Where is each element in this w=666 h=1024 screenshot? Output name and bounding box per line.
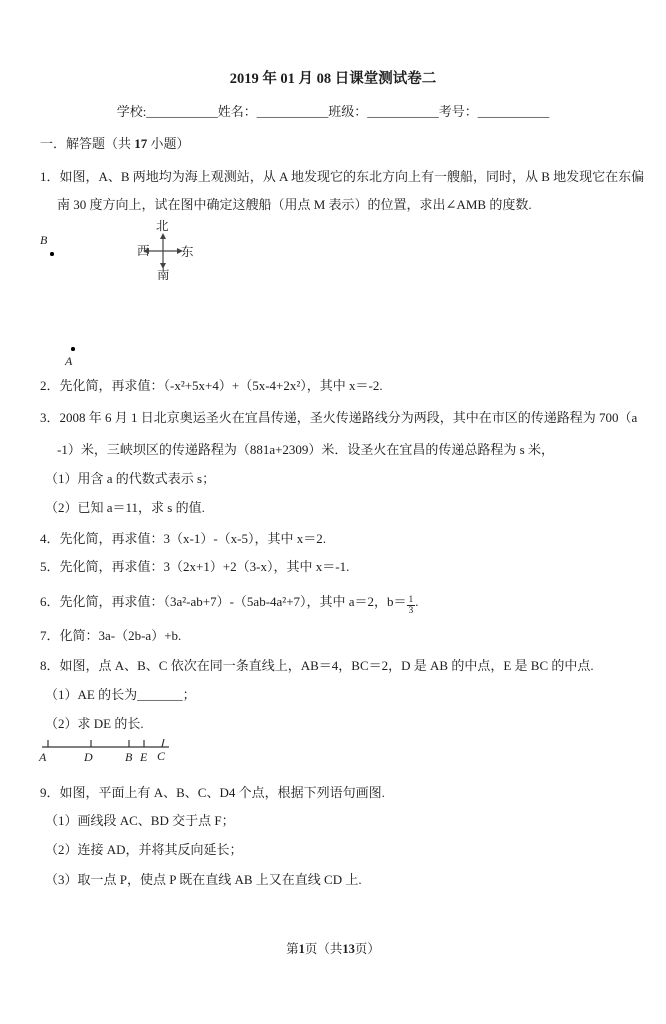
header-fields-line: 学校:___________姓名：___________班级：_________… (0, 104, 666, 120)
segment-label-d: D (84, 751, 93, 763)
fraction-numerator: 1 (407, 596, 416, 607)
compass-south-label: 南 (157, 269, 170, 282)
question-4: 4．先化简，再求值：3（x-1）-（x-5），其中 x＝2. (40, 531, 326, 547)
segment-label-e: E (140, 751, 147, 763)
footer-suffix: 页） (355, 942, 380, 956)
segment-label-a: A (39, 751, 46, 763)
point-a-label: A (65, 355, 72, 367)
section-prefix: 一．解答题（共 (40, 136, 134, 151)
section-question-count: 17 (134, 136, 147, 151)
question-9: 9．如图，平面上有 A、B、C、D4 个点，根据下列语句画图. (40, 785, 385, 801)
question-6-suffix: . (415, 594, 418, 609)
footer-prefix: 第 (286, 942, 299, 956)
question-3-sub-1: （1）用含 a 的代数式表示 s； (45, 471, 215, 487)
point-b-dot (50, 252, 54, 256)
question-6-prefix: 6．先化简，再求值：（3a²-ab+7）-（5ab-4a²+7），其中 a＝2，… (40, 594, 407, 609)
point-a-dot (71, 347, 75, 351)
question-1-line-1: 1．如图，A、B 两地均为海上观测站，从 A 地发现它的东北方向上有一艘船，同时… (40, 169, 644, 185)
question-5: 5．先化简，再求值：3（2x+1）+2（3-x），其中 x＝-1. (40, 559, 349, 575)
compass-cross-arrows-icon (143, 233, 183, 269)
page-title: 2019 年 01 月 08 日课堂测试卷二 (0, 71, 666, 87)
question-8-sub-1: （1）AE 的长为_______； (45, 687, 196, 703)
question-3-sub-2: （2）已知 a＝11，求 s 的值. (45, 500, 205, 516)
footer-mid: 页（共 (305, 942, 343, 956)
test-paper-page: 2019 年 01 月 08 日课堂测试卷二 学校:___________姓名：… (0, 0, 666, 1024)
section-heading: 一．解答题（共 17 小题） (40, 136, 190, 152)
question-7: 7．化简：3a-（2b-a）+b. (40, 628, 181, 644)
fraction-one-third: 13 (407, 596, 416, 617)
fraction-denominator: 3 (407, 606, 416, 617)
segment-diagram: A D B E C (38, 736, 178, 764)
question-3-line-1: 3．2008 年 6 月 1 日北京奥运圣火在宜昌传递，圣火传递路线分为两段，其… (40, 410, 637, 426)
question-1-line-2: 南 30 度方向上，试在图中确定这艘船（用点 M 表示）的位置，求出∠AMB 的… (57, 197, 532, 213)
footer-total-pages: 13 (342, 942, 355, 956)
segment-label-b: B (125, 751, 132, 763)
question-2: 2．先化简，再求值：（-x²+5x+4）+（5x-4+2x²），其中 x＝-2. (40, 378, 383, 394)
point-b-label: B (40, 234, 47, 246)
segment-line-icon (38, 736, 174, 750)
compass-diagram: 北 西 东 南 (126, 218, 201, 284)
compass-north-label: 北 (156, 220, 169, 233)
question-8-sub-2: （2）求 DE 的长. (45, 716, 144, 732)
question-3-line-2: -1）米，三峡坝区的传递路程为（881a+2309）米．设圣火在宜昌的传递总路程… (57, 442, 554, 458)
page-footer: 第1页（共13页） (0, 941, 666, 957)
section-suffix: 小题） (147, 136, 189, 151)
question-9-sub-1: （1）画线段 AC、BD 交于点 F； (45, 813, 235, 829)
question-9-sub-3: （3）取一点 P，使点 P 既在直线 AB 上又在直线 CD 上. (45, 872, 362, 888)
question-8: 8．如图，点 A、B、C 依次在同一条直线上，AB＝4，BC＝2，D 是 AB … (40, 658, 594, 674)
segment-label-c: C (157, 750, 165, 762)
question-9-sub-2: （2）连接 AD，并将其反向延长； (45, 842, 243, 858)
question-6: 6．先化简，再求值：（3a²-ab+7）-（5ab-4a²+7），其中 a＝2，… (40, 594, 419, 617)
